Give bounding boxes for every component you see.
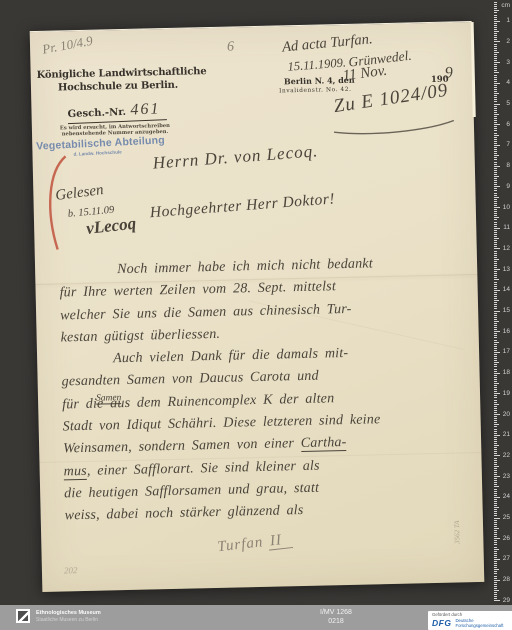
file-reference-note: Zu E 1024/09 bbox=[332, 80, 449, 118]
ruler-tick bbox=[494, 219, 497, 220]
ruler-tick bbox=[494, 101, 497, 102]
ruler-tick bbox=[494, 536, 497, 537]
ruler-tick bbox=[494, 472, 497, 473]
ruler-tick bbox=[494, 68, 497, 69]
ruler-tick bbox=[494, 542, 497, 543]
ruler-tick bbox=[494, 15, 497, 16]
ruler-tick bbox=[494, 528, 499, 529]
ruler-tick bbox=[494, 37, 497, 38]
ruler-number: 29 bbox=[498, 597, 510, 604]
ruler-tick bbox=[494, 263, 497, 264]
ruler-tick bbox=[494, 594, 497, 595]
ruler-tick bbox=[494, 157, 497, 158]
ruler-tick bbox=[494, 576, 497, 577]
ruler-tick bbox=[494, 116, 497, 117]
ruler-tick bbox=[494, 139, 497, 140]
ruler-tick bbox=[494, 114, 499, 115]
ruler-tick bbox=[494, 286, 497, 287]
ruler-tick bbox=[494, 188, 497, 189]
ruler-tick bbox=[494, 544, 497, 545]
dfg-logo-row: DFG Deutsche Forschungsgemeinschaft bbox=[432, 618, 512, 628]
ruler-tick bbox=[494, 261, 497, 262]
ruler-tick bbox=[494, 153, 497, 154]
ruler-tick bbox=[494, 402, 497, 403]
ruler-tick bbox=[494, 253, 497, 254]
ruler-tick bbox=[494, 2, 497, 3]
ruler-tick bbox=[494, 267, 497, 268]
ruler-tick bbox=[494, 12, 497, 13]
ruler-tick bbox=[494, 478, 497, 479]
ruler-number: 12 bbox=[498, 245, 510, 252]
ruler-tick bbox=[494, 424, 499, 425]
ruler-tick bbox=[494, 431, 497, 432]
ruler-number: 19 bbox=[498, 390, 510, 397]
ruler-tick bbox=[494, 52, 499, 53]
ruler-tick bbox=[494, 565, 497, 566]
ruler-tick bbox=[494, 383, 499, 384]
ruler-tick bbox=[494, 4, 497, 5]
ruler-tick bbox=[494, 381, 497, 382]
ruler-tick bbox=[494, 213, 497, 214]
ruler-tick bbox=[494, 503, 497, 504]
ruler-tick bbox=[494, 466, 499, 467]
ruler-tick bbox=[494, 236, 497, 237]
ruler-tick bbox=[494, 27, 497, 28]
ruler-tick bbox=[494, 344, 497, 345]
ruler-tick bbox=[494, 118, 497, 119]
ad-acta-date: 15.11.1909. bbox=[287, 55, 346, 74]
ruler-tick bbox=[494, 557, 497, 558]
ruler-tick bbox=[494, 46, 497, 47]
ruler-tick bbox=[494, 275, 497, 276]
ruler-tick bbox=[494, 429, 497, 430]
printed-street-line: Invalidenstr. No. 42. bbox=[279, 87, 352, 95]
ruler-tick bbox=[494, 515, 497, 516]
ruler-tick bbox=[494, 379, 497, 380]
ruler-tick bbox=[494, 551, 497, 552]
footer-bar: Ethnologisches Museum Staatliche Museen … bbox=[0, 605, 512, 630]
ruler-tick bbox=[494, 302, 497, 303]
ruler-tick bbox=[494, 279, 499, 280]
ruler-tick bbox=[494, 404, 499, 405]
ruler-tick bbox=[494, 501, 497, 502]
ruler-tick bbox=[494, 81, 497, 82]
ruler-tick bbox=[494, 377, 497, 378]
ruler-tick bbox=[494, 553, 497, 554]
ruler-tick bbox=[494, 151, 497, 152]
ruler-tick bbox=[494, 277, 497, 278]
ruler-tick bbox=[494, 458, 497, 459]
ruler-tick bbox=[494, 356, 497, 357]
ruler-tick bbox=[494, 509, 497, 510]
ruler-tick bbox=[494, 474, 497, 475]
ruler-tick bbox=[494, 60, 497, 61]
ruler-tick bbox=[494, 72, 499, 73]
ruler-tick bbox=[494, 238, 499, 239]
ruler-tick bbox=[494, 482, 497, 483]
ruler-tick bbox=[494, 70, 497, 71]
ruler-number: 26 bbox=[498, 535, 510, 542]
ruler-tick bbox=[494, 215, 497, 216]
ruler-tick bbox=[494, 178, 497, 179]
ruler-tick bbox=[494, 387, 497, 388]
ruler-tick bbox=[494, 588, 497, 589]
ruler-tick bbox=[494, 193, 497, 194]
ruler-tick bbox=[494, 532, 497, 533]
ruler-tick bbox=[494, 230, 497, 231]
ruler-tick bbox=[494, 120, 497, 121]
lecoq-signature: vLecoq bbox=[85, 214, 137, 239]
ruler-tick bbox=[494, 397, 497, 398]
addressee-line: Herrn Dr. von Lecoq. bbox=[152, 141, 319, 173]
ruler-tick bbox=[494, 35, 497, 36]
gesch-nr: Gesch.-Nr. 461 bbox=[67, 100, 167, 124]
margin-vertical-note: 3562 TA bbox=[453, 520, 462, 544]
ruler-tick bbox=[494, 33, 497, 34]
ruler-tick bbox=[494, 201, 497, 202]
ruler-tick bbox=[494, 77, 497, 78]
ruler-number: 24 bbox=[498, 493, 510, 500]
ruler-number: 10 bbox=[498, 204, 510, 211]
ruler-tick bbox=[494, 416, 497, 417]
ruler-tick bbox=[494, 135, 499, 136]
ruler-tick bbox=[494, 50, 497, 51]
body-text-segment: Noch immer habe ich mich nicht bedankt bbox=[117, 256, 373, 277]
ruler-tick bbox=[494, 224, 497, 225]
ruler-tick bbox=[494, 282, 497, 283]
ruler-tick bbox=[494, 362, 499, 363]
ruler-tick bbox=[494, 211, 497, 212]
ruler-tick bbox=[494, 449, 497, 450]
ruler-tick bbox=[494, 567, 497, 568]
ruler-tick bbox=[494, 350, 497, 351]
ruler-number: 15 bbox=[498, 307, 510, 314]
ruler-unit-label: cm bbox=[501, 2, 510, 9]
ruler-tick bbox=[494, 122, 497, 123]
ruler-tick bbox=[494, 495, 497, 496]
funding-label: Gefördert durch bbox=[432, 612, 512, 617]
ruler-tick bbox=[494, 259, 499, 260]
ruler-tick bbox=[494, 106, 497, 107]
ruler-tick bbox=[494, 325, 497, 326]
ruler-tick bbox=[494, 400, 497, 401]
ruler: cm 1234567891011121314151617181920212223… bbox=[494, 0, 512, 605]
ruler-tick bbox=[494, 174, 497, 175]
ruler-tick bbox=[494, 360, 497, 361]
museum-logo-icon bbox=[16, 609, 30, 623]
ruler-tick bbox=[494, 296, 497, 297]
ruler-tick bbox=[494, 39, 497, 40]
ruler-tick bbox=[494, 234, 497, 235]
ruler-tick bbox=[494, 410, 497, 411]
ruler-number: 21 bbox=[498, 431, 510, 438]
ruler-tick bbox=[494, 265, 497, 266]
ruler-tick bbox=[494, 319, 497, 320]
ruler-number: 25 bbox=[498, 514, 510, 521]
ruler-tick bbox=[494, 300, 499, 301]
ruler-tick bbox=[494, 110, 497, 111]
ruler-tick bbox=[494, 418, 497, 419]
ruler-tick bbox=[494, 443, 497, 444]
ruler-tick bbox=[494, 79, 497, 80]
ruler-tick bbox=[494, 182, 497, 183]
ruler-tick bbox=[494, 184, 497, 185]
pencil-pr-note: Pr. 10/4.9 bbox=[41, 33, 94, 58]
ruler-tick bbox=[494, 333, 497, 334]
ruler-tick bbox=[494, 23, 497, 24]
ruler-tick bbox=[494, 445, 499, 446]
ruler-tick bbox=[494, 284, 497, 285]
ruler-number: 2 bbox=[498, 38, 510, 45]
ruler-tick bbox=[494, 364, 497, 365]
ruler-tick bbox=[494, 549, 499, 550]
ruler-tick bbox=[494, 205, 497, 206]
ruler-tick bbox=[494, 108, 497, 109]
ruler-tick bbox=[494, 540, 497, 541]
ruler-tick bbox=[494, 569, 499, 570]
ruler-number: 3 bbox=[498, 59, 510, 66]
ruler-tick bbox=[494, 480, 497, 481]
turfan-note-word: Turfan bbox=[217, 534, 265, 555]
ruler-tick bbox=[494, 8, 497, 9]
ruler-tick bbox=[494, 426, 497, 427]
ruler-number: 17 bbox=[498, 348, 510, 355]
dfg-abbr: DFG bbox=[432, 618, 451, 628]
ruler-tick bbox=[494, 348, 497, 349]
ruler-tick bbox=[494, 137, 497, 138]
ruler-tick bbox=[494, 462, 497, 463]
underline-flourish bbox=[330, 118, 458, 135]
inventory-number: I/MV 1268 0218 bbox=[276, 608, 396, 626]
ruler-tick bbox=[494, 19, 497, 20]
ruler-tick bbox=[494, 491, 497, 492]
ruler-tick bbox=[494, 172, 497, 173]
ruler-tick bbox=[494, 408, 497, 409]
ruler-tick bbox=[494, 468, 497, 469]
ruler-tick bbox=[494, 470, 497, 471]
ruler-tick bbox=[494, 271, 497, 272]
ruler-tick bbox=[494, 317, 497, 318]
ruler-tick bbox=[494, 306, 497, 307]
ruler-tick bbox=[494, 447, 497, 448]
ruler-tick bbox=[494, 371, 497, 372]
ruler-tick bbox=[494, 598, 497, 599]
ruler-tick bbox=[494, 547, 497, 548]
ruler-tick bbox=[494, 159, 497, 160]
ruler-number: 22 bbox=[498, 452, 510, 459]
pencil-turfan-note: Turfan II bbox=[217, 531, 293, 556]
ruler-tick bbox=[494, 499, 497, 500]
ruler-tick bbox=[494, 112, 497, 113]
ruler-tick bbox=[494, 584, 497, 585]
gesch-nr-label: Gesch.-Nr. bbox=[67, 107, 126, 120]
ruler-tick bbox=[494, 406, 497, 407]
ruler-tick bbox=[494, 493, 497, 494]
ruler-tick bbox=[494, 304, 497, 305]
ruler-tick bbox=[494, 335, 497, 336]
ruler-tick bbox=[494, 10, 499, 11]
ruler-tick bbox=[494, 209, 497, 210]
ruler-tick bbox=[494, 375, 497, 376]
ruler-number: 20 bbox=[498, 411, 510, 418]
ruler-tick bbox=[494, 573, 497, 574]
ruler-tick bbox=[494, 199, 497, 200]
ruler-tick bbox=[494, 222, 497, 223]
ruler-tick bbox=[494, 170, 497, 171]
ruler-tick bbox=[494, 298, 497, 299]
ruler-tick bbox=[494, 385, 497, 386]
ruler-tick bbox=[494, 89, 497, 90]
ruler-tick bbox=[494, 366, 497, 367]
ruler-tick bbox=[494, 180, 497, 181]
ruler-tick bbox=[494, 437, 497, 438]
ruler-tick bbox=[494, 578, 497, 579]
ruler-tick bbox=[494, 369, 497, 370]
ruler-tick bbox=[494, 240, 497, 241]
ruler-tick bbox=[494, 596, 497, 597]
ruler-number: 14 bbox=[498, 286, 510, 293]
ruler-number: 5 bbox=[498, 100, 510, 107]
ruler-tick bbox=[494, 460, 497, 461]
ruler-tick bbox=[494, 337, 497, 338]
museum-name: Ethnologisches Museum bbox=[36, 610, 101, 616]
ruler-tick bbox=[494, 530, 497, 531]
ruler-tick bbox=[494, 93, 499, 94]
ruler-tick bbox=[494, 126, 497, 127]
ruler-tick bbox=[494, 308, 497, 309]
ruler-tick bbox=[494, 232, 497, 233]
ruler-tick bbox=[494, 25, 497, 26]
museum-subtitle: Staatliche Museen zu Berlin bbox=[36, 617, 98, 623]
dfg-logo: Gefördert durch DFG Deutsche Forschungsg… bbox=[428, 611, 512, 630]
ruler-tick bbox=[494, 56, 497, 57]
ruler-tick bbox=[494, 340, 497, 341]
ruler-tick bbox=[494, 582, 497, 583]
ruler-tick bbox=[494, 226, 497, 227]
ruler-number: 6 bbox=[498, 121, 510, 128]
ruler-tick bbox=[494, 242, 497, 243]
ruler-tick bbox=[494, 54, 497, 55]
ruler-tick bbox=[494, 329, 497, 330]
ruler-number: 1 bbox=[498, 17, 510, 24]
ruler-tick bbox=[494, 164, 497, 165]
ruler-tick bbox=[494, 294, 497, 295]
ruler-tick bbox=[494, 563, 497, 564]
ruler-tick bbox=[494, 520, 497, 521]
ruler-tick bbox=[494, 48, 497, 49]
salutation-line: Hochgeehrter Herr Doktor! bbox=[149, 190, 335, 222]
inventory-line2: 0218 bbox=[276, 617, 396, 626]
ruler-tick bbox=[494, 505, 497, 506]
ruler-tick bbox=[494, 197, 499, 198]
ruler-tick bbox=[494, 244, 497, 245]
turfan-note-numeral: II bbox=[267, 531, 293, 551]
ruler-tick bbox=[494, 420, 497, 421]
ruler-tick bbox=[494, 176, 499, 177]
ruler-tick bbox=[494, 257, 497, 258]
ruler-number: 28 bbox=[498, 576, 510, 583]
ruler-number: 16 bbox=[498, 328, 510, 335]
inserted-word: Samen bbox=[96, 393, 122, 405]
paper-edge-highlight bbox=[471, 22, 476, 117]
ruler-tick bbox=[494, 389, 497, 390]
ruler-tick bbox=[494, 522, 497, 523]
ruler-number: 7 bbox=[498, 141, 510, 148]
ruler-tick bbox=[494, 246, 497, 247]
ruler-tick bbox=[494, 6, 497, 7]
ruler-tick bbox=[494, 321, 499, 322]
ruler-tick bbox=[494, 586, 497, 587]
ruler-tick bbox=[494, 31, 499, 32]
ruler-tick bbox=[494, 75, 497, 76]
ruler-tick bbox=[494, 358, 497, 359]
ruler-tick bbox=[494, 511, 497, 512]
ruler-tick bbox=[494, 313, 497, 314]
ruler-tick bbox=[494, 29, 497, 30]
ruler-tick bbox=[494, 526, 497, 527]
ruler-tick bbox=[494, 464, 497, 465]
body-text-segment: Cartha- bbox=[301, 435, 347, 452]
ruler-tick bbox=[494, 87, 497, 88]
ruler-tick bbox=[494, 513, 497, 514]
ruler-tick bbox=[494, 555, 497, 556]
ruler-tick bbox=[494, 354, 497, 355]
ruler-tick bbox=[494, 141, 497, 142]
ruler-tick bbox=[494, 592, 497, 593]
ruler-number: 11 bbox=[498, 224, 510, 231]
ruler-tick bbox=[494, 128, 497, 129]
pencil-number-note: 202 bbox=[64, 565, 78, 575]
ruler-tick bbox=[494, 155, 499, 156]
ruler-tick bbox=[494, 412, 497, 413]
inventory-line1: I/MV 1268 bbox=[276, 608, 396, 617]
ruler-tick bbox=[494, 288, 497, 289]
ruler-tick bbox=[494, 391, 497, 392]
dfg-name-line2: Forschungsgemeinschaft bbox=[455, 623, 503, 628]
ruler-tick bbox=[494, 133, 497, 134]
ruler-number: 9 bbox=[498, 183, 510, 190]
ruler-tick bbox=[494, 422, 497, 423]
ruler-tick bbox=[494, 571, 497, 572]
ruler-tick bbox=[494, 395, 497, 396]
museum-logo-glyph bbox=[18, 611, 28, 621]
ruler-tick bbox=[494, 451, 497, 452]
ruler-tick bbox=[494, 217, 499, 218]
ruler-tick bbox=[494, 507, 499, 508]
ruler-tick bbox=[494, 143, 497, 144]
ruler-number: 27 bbox=[498, 555, 510, 562]
pencil-page-number: 6 bbox=[227, 39, 234, 55]
ruler-number: 18 bbox=[498, 369, 510, 376]
ruler-number: 23 bbox=[498, 473, 510, 480]
ruler-tick bbox=[494, 203, 497, 204]
ruler-tick bbox=[494, 439, 497, 440]
ruler-tick bbox=[494, 66, 497, 67]
ruler-tick bbox=[494, 342, 499, 343]
ruler-tick bbox=[494, 524, 497, 525]
ruler-tick bbox=[494, 327, 497, 328]
gesch-nr-value: 461 bbox=[130, 100, 161, 118]
ruler-tick bbox=[494, 255, 497, 256]
ruler-tick bbox=[494, 58, 497, 59]
ruler-number: 8 bbox=[498, 162, 510, 169]
body-text-segment: mus bbox=[64, 464, 88, 481]
ruler-tick bbox=[494, 251, 497, 252]
body-text-segment: kestan gütigst überliessen. bbox=[60, 327, 220, 346]
ruler-tick bbox=[494, 195, 497, 196]
ruler-number: 4 bbox=[498, 79, 510, 86]
ruler-number: 13 bbox=[498, 266, 510, 273]
